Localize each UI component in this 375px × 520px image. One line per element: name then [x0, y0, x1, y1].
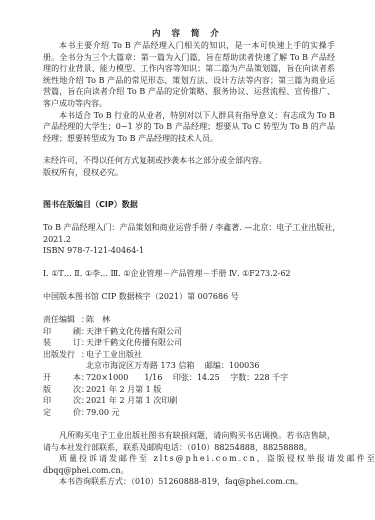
pub-value-edition: 2021 年 2 月第 1 版 — [86, 384, 161, 396]
copyright-page: 内 容 简 介 本书主要介绍 To B 产品经理入门相关的知识，是一本可快速上手… — [0, 0, 375, 520]
pub-value-publisher: 电子工业出版社 — [86, 349, 142, 361]
copyright-line-2: 版权所有，侵权必究。 — [43, 167, 335, 179]
cip-isbn: ISBN 978-7-121-40464-1 — [43, 245, 335, 257]
publication-info: 责任编辑：陈 林 印刷：天津千鹤文化传播有限公司 装订：天津千鹤文化传播有限公司… — [43, 314, 335, 418]
pub-row-edition: 版次：2021 年 2 月第 1 版 — [43, 384, 335, 396]
pub-row-editor: 责任编辑：陈 林 — [43, 314, 335, 326]
cip-approval: 中国版本图书馆 CIP 数据核字（2021）第 007686 号 — [43, 291, 335, 303]
pub-value-format: 720×1000 1/16 印张：14.25 字数：228 千字 — [86, 372, 288, 384]
pub-label-format: 开本 — [43, 372, 81, 384]
pub-row-binding: 装订：天津千鹤文化传播有限公司 — [43, 337, 335, 349]
pub-row-printing: 印刷：天津千鹤文化传播有限公司 — [43, 326, 335, 338]
pub-label-edition: 版次 — [43, 384, 81, 396]
pub-row-format: 开本：720×1000 1/16 印张：14.25 字数：228 千字 — [43, 372, 335, 384]
notice-paragraph-2b: dbqq@phei.com.cn。 — [43, 465, 335, 477]
pub-label-price: 定价 — [43, 407, 81, 419]
notice-paragraph-1: 凡所购买电子工业出版社图书有缺损问题，请向购买书店调换。若书店售缺，请与本社发行… — [43, 430, 335, 453]
pub-label-binding: 装订 — [43, 337, 81, 349]
cip-entry-line-1: To B 产品经理入门：产品策划和商业运营手册 / 李鑫著. —北京：电子工业出… — [43, 222, 335, 234]
cip-heading-text: 图书在版编目（CIP）数据 — [43, 199, 335, 211]
notice-paragraph-3: 本书咨询联系方式：（010）51260888-819，faq@phei.com.… — [43, 476, 335, 488]
pub-value-address: 北京市海淀区万寿路 173 信箱 邮编：100036 — [86, 360, 259, 372]
pub-value-printing: 天津千鹤文化传播有限公司 — [86, 326, 182, 338]
intro-paragraph-2: 本书适合 To B 行业的从业者，特别对以下人群具有指导意义：有志成为 To B… — [43, 110, 335, 145]
cip-entry: To B 产品经理入门：产品策划和商业运营手册 / 李鑫著. —北京：电子工业出… — [43, 222, 335, 257]
pub-label-editor: 责任编辑 — [43, 314, 81, 326]
pub-value-binding: 天津千鹤文化传播有限公司 — [86, 337, 182, 349]
intro-paragraph-1: 本书主要介绍 To B 产品经理入门相关的知识，是一本可快速上手的实操手册。全书… — [43, 40, 335, 110]
pub-row-impression: 印次：2021 年 2 月第 1 次印刷 — [43, 395, 335, 407]
cip-heading: 图书在版编目（CIP）数据 — [43, 199, 335, 211]
pub-label-printing: 印刷 — [43, 326, 81, 338]
copyright-notice: 未经许可，不得以任何方式复制或抄袭本书之部分或全部内容。 版权所有，侵权必究。 — [43, 155, 335, 178]
intro-title: 内 容 简 介 — [0, 27, 375, 39]
cip-approval-text: 中国版本图书馆 CIP 数据核字（2021）第 007686 号 — [43, 291, 335, 303]
pub-value-editor: 陈 林 — [86, 314, 110, 326]
pub-value-price: 79.00 元 — [86, 407, 119, 419]
pub-value-impression: 2021 年 2 月第 1 次印刷 — [86, 395, 177, 407]
intro-section: 本书主要介绍 To B 产品经理入门相关的知识，是一本可快速上手的实操手册。全书… — [43, 40, 335, 144]
contact-notice: 凡所购买电子工业出版社图书有缺损问题，请向购买书店调换。若书店售缺，请与本社发行… — [43, 430, 335, 488]
pub-row-price: 定价：79.00 元 — [43, 407, 335, 419]
pub-row-address: 北京市海淀区万寿路 173 信箱 邮编：100036 — [43, 360, 335, 372]
pub-label-publisher: 出版发行 — [43, 349, 81, 361]
pub-label-impression: 印次 — [43, 395, 81, 407]
notice-paragraph-2a: 质量投诉请发邮件至 zlts@phei.com.cn，盗版侵权举报请发邮件至 — [43, 453, 335, 465]
cip-classification-text: Ⅰ. ①T… Ⅱ. ①李… Ⅲ. ①企业管理－产品管理－手册 Ⅳ. ①F273.… — [43, 268, 335, 280]
copyright-line-1: 未经许可，不得以任何方式复制或抄袭本书之部分或全部内容。 — [43, 155, 335, 167]
pub-row-publisher: 出版发行：电子工业出版社 — [43, 349, 335, 361]
cip-classification: Ⅰ. ①T… Ⅱ. ①李… Ⅲ. ①企业管理－产品管理－手册 Ⅳ. ①F273.… — [43, 268, 335, 280]
cip-entry-line-2: 2021.2 — [43, 234, 335, 246]
